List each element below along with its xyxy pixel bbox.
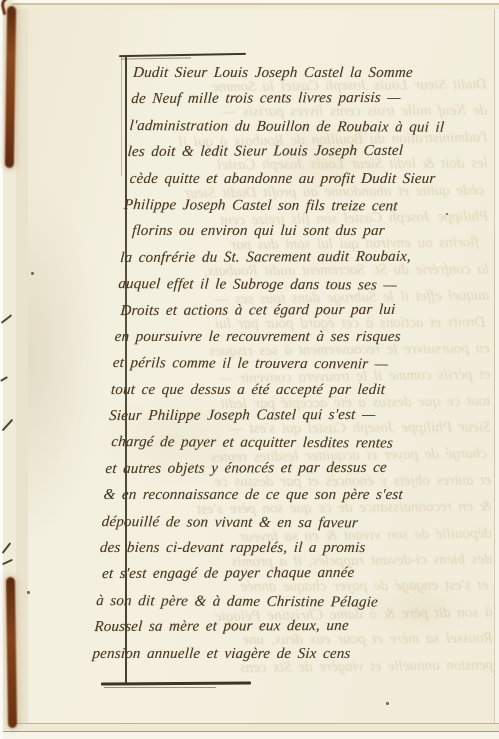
page-top-edge <box>12 5 499 9</box>
manuscript-line: chargé de payer et acquitter lesdites re… <box>110 429 464 457</box>
manuscript-line: & en reconnaissance de ce que son père s… <box>103 482 461 508</box>
ink-dot <box>386 702 389 705</box>
manuscript-line: Sieur Philippe Joseph Castel qui s'est — <box>108 402 466 430</box>
ink-dot <box>31 272 34 275</box>
manuscript-line: des biens ci-devant rappelés, il a promi… <box>99 535 457 561</box>
manuscript-line: Droits et actions à cet égard pour par l… <box>120 296 474 324</box>
manuscript-line: en poursuivre le recouvrement à ses risq… <box>114 324 472 350</box>
manuscript-line: de Neuf mille trois cents livres parisis… <box>130 85 488 113</box>
manuscript-line: et s'est engagé de payer chaque année <box>101 560 455 588</box>
scanned-manuscript-page: Dudit Sieur Louis Joseph Castel la Somme… <box>0 0 499 739</box>
margin-rule-vertical-echo <box>121 56 122 176</box>
scan-left-edge <box>0 0 3 739</box>
manuscript-line: Dudit Sieur Louis Joseph Castel la Somme <box>132 60 490 86</box>
margin-rule-bottom-double <box>104 687 216 688</box>
ink-dot <box>27 591 30 594</box>
manuscript-line: et périls comme il le trouvera convenir … <box>112 350 470 378</box>
manuscript-line: Philippe Joseph Castel son fils treize c… <box>123 192 481 220</box>
manuscript-line: pension annuelle et viagère de Six cens <box>92 641 450 667</box>
manuscript-line: florins ou environ qui lui sont dus par <box>131 218 479 244</box>
ink-dot <box>446 213 448 215</box>
manuscript-line: auquel effet il le Subroge dans tous ses… <box>117 271 475 299</box>
manuscript-line: la confrérie du St. Sacrement audit Roub… <box>119 243 477 271</box>
manuscript-line: cède quitte et abandonne au profit Dudit… <box>129 166 483 192</box>
manuscript-line: et autres objets y énoncés et par dessus… <box>105 454 463 482</box>
manuscript-line: dépouillé de son vivant & en sa faveur <box>101 509 459 537</box>
manuscript-line: tout ce que dessus a été accepté par led… <box>110 377 468 403</box>
manuscript-line: les doit & ledit Sieur Louis Joseph Cast… <box>127 138 485 166</box>
underlying-page-edge <box>0 731 499 739</box>
manuscript-text: Dudit Sieur Louis Joseph Castel la Somme… <box>92 60 490 667</box>
manuscript-line: Roussel sa mère et pour eux deux, une <box>93 613 451 641</box>
